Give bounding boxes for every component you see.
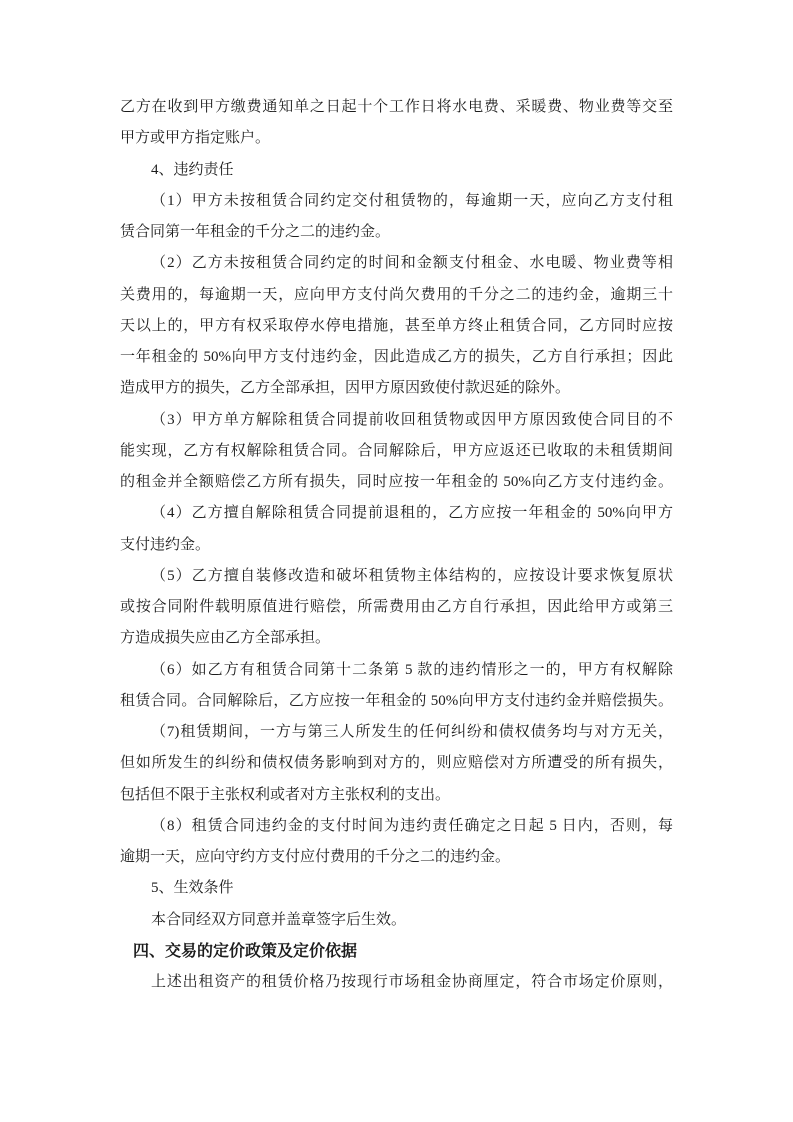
text-line: 包括但不限于主张权利或者对方主张权利的支出。 <box>120 780 673 811</box>
document-text-block: 乙方在收到甲方缴费通知单之日起十个工作日将水电费、采暖费、物业费等交至甲方或甲方… <box>120 92 673 998</box>
text-line: （2）乙方未按租赁合同约定的时间和金额支付租金、水电暖、物业费等相 <box>120 248 673 279</box>
text-line: （7)租赁期间，一方与第三人所发生的任何纠纷和债权债务均与对方无关， <box>120 717 673 748</box>
text-line: 的租金并全额赔偿乙方所有损失，同时应按一年租金的 50%向乙方支付违约金。 <box>120 467 673 498</box>
text-line: （8）租赁合同违约金的支付时间为违约责任确定之日起 5 日内，否则，每 <box>120 811 673 842</box>
text-line: （6）如乙方有租赁合同第十二条第 5 款的违约情形之一的，甲方有权解除 <box>120 655 673 686</box>
text-line: （3）甲方单方解除租赁合同提前收回租赁物或因甲方原因致使合同目的不 <box>120 405 673 436</box>
text-line: 逾期一天，应向守约方支付应付费用的千分之二的违约金。 <box>120 842 673 873</box>
contract-document-page: 乙方在收到甲方缴费通知单之日起十个工作日将水电费、采暖费、物业费等交至甲方或甲方… <box>0 0 793 1122</box>
text-line: 4、违约责任 <box>120 155 673 186</box>
text-line: 支付违约金。 <box>120 530 673 561</box>
text-line: 一年租金的 50%向甲方支付违约金，因此造成乙方的损失，乙方自行承担；因此 <box>120 342 673 373</box>
text-line: 甲方或甲方指定账户。 <box>120 123 673 154</box>
text-line: 本合同经双方同意并盖章签字后生效。 <box>120 905 673 936</box>
text-line: 上述出租资产的租赁价格乃按现行市场租金协商厘定，符合市场定价原则， <box>120 967 673 998</box>
text-line: 但如所发生的纠纷和债权债务影响到对方的，则应赔偿对方所遭受的所有损失， <box>120 748 673 779</box>
text-line: （5）乙方擅自装修改造和破坏租赁物主体结构的，应按设计要求恢复原状 <box>120 561 673 592</box>
text-line: 方造成损失应由乙方全部承担。 <box>120 623 673 654</box>
section-heading: 四、交易的定价政策及定价依据 <box>120 936 673 967</box>
text-line: 租赁合同。合同解除后，乙方应按一年租金的 50%向甲方支付违约金并赔偿损失。 <box>120 686 673 717</box>
text-line: （1）甲方未按租赁合同约定交付租赁物的，每逾期一天，应向乙方支付租 <box>120 186 673 217</box>
text-line: （4）乙方擅自解除租赁合同提前退租的，乙方应按一年租金的 50%向甲方 <box>120 498 673 529</box>
text-line: 造成甲方的损失，乙方全部承担，因甲方原因致使付款迟延的除外。 <box>120 373 673 404</box>
text-line: 关费用的，每逾期一天，应向甲方支付尚欠费用的千分之二的违约金，逾期三十 <box>120 280 673 311</box>
text-line: 乙方在收到甲方缴费通知单之日起十个工作日将水电费、采暖费、物业费等交至 <box>120 92 673 123</box>
text-line: 或按合同附件载明原值进行赔偿，所需费用由乙方自行承担，因此给甲方或第三 <box>120 592 673 623</box>
text-line: 5、生效条件 <box>120 873 673 904</box>
text-line: 天以上的，甲方有权采取停水停电措施，甚至单方终止租赁合同，乙方同时应按 <box>120 311 673 342</box>
text-line: 能实现，乙方有权解除租赁合同。合同解除后，甲方应返还已收取的未租赁期间 <box>120 436 673 467</box>
text-line: 赁合同第一年租金的千分之二的违约金。 <box>120 217 673 248</box>
